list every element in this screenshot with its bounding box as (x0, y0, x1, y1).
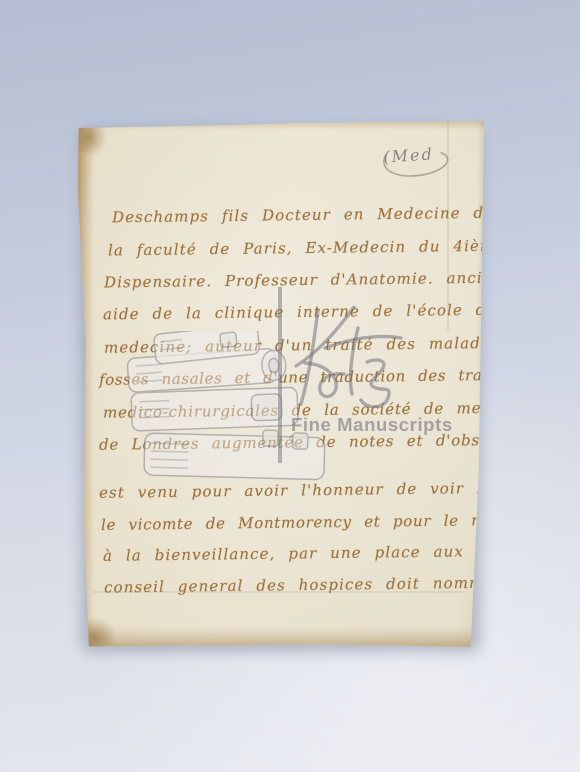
manuscript-line: fosses nasales et d'une traduction des t… (99, 364, 560, 390)
manuscript-line: de Londres augmentée de notes et d'obser… (99, 429, 558, 455)
manuscript-line: conseil general des hospices doit nommer (104, 573, 503, 598)
pencil-annotation-text: (Med (383, 144, 435, 166)
manuscript-line: medico-chirurgicales de la société de me… (103, 397, 537, 422)
manuscript-line: medecine; auteur d'un traité des maladie… (104, 332, 548, 357)
paper-stain-top-left (73, 117, 107, 157)
manuscript-page: (Med Deschamps fils Docteur en Medecine … (77, 121, 485, 649)
manuscript-line: la faculté de Paris, Ex-Medecin du 4ième (108, 236, 505, 261)
manuscript-line: le vicomte de Montmorency et pour le rec… (101, 509, 580, 535)
photo-background: (Med Deschamps fils Docteur en Medecine … (0, 0, 580, 772)
manuscript-line: Deschamps fils Docteur en Medecine de (112, 203, 494, 228)
manuscript-line: Dispensaire. Professeur d'Anatomie. anci… (104, 268, 504, 293)
manuscript-line: à la bienveillance, par une place aux qu… (103, 540, 568, 566)
pencil-annotation: (Med (379, 140, 468, 188)
manuscript-line: aide de la clinique interne de l'école d… (103, 300, 497, 325)
manuscript-line: est venu pour avoir l'honneur de voir Mo… (99, 477, 558, 503)
paper-edge-top (77, 121, 485, 130)
